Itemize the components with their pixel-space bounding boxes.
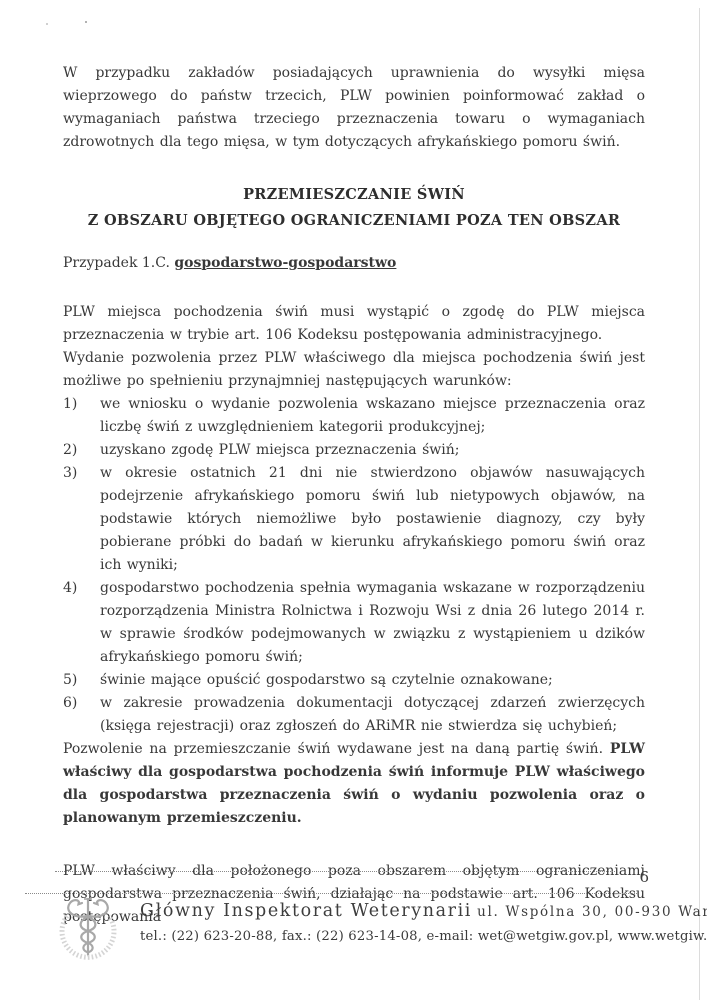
scan-speck [46, 23, 48, 25]
list-item-number: 6) [63, 692, 100, 738]
section-heading-line1: PRZEMIESZCZANIE ŚWIŃ [63, 182, 645, 208]
list-item-number: 4) [63, 577, 100, 669]
scan-page-edge-line [699, 8, 700, 1000]
paragraph-consent: PLW miejsca pochodzenia świń musi wystąp… [63, 301, 645, 347]
list-item-text: świnie mające opuścić gospodarstwo są cz… [100, 669, 645, 692]
list-item-text: we wniosku o wydanie pozwolenia wskazano… [100, 393, 645, 439]
footer-contact-line: tel.: (22) 623-20-88, fax.: (22) 623-14-… [140, 929, 707, 944]
list-item: 3) w okresie ostatnich 21 dni nie stwier… [63, 462, 645, 577]
list-item: 2) uzyskano zgodę PLW miejsca przeznacze… [63, 439, 645, 462]
list-item: 1) we wniosku o wydanie pozwolenia wskaz… [63, 393, 645, 439]
list-item-number: 1) [63, 393, 100, 439]
list-item: 6) w zakresie prowadzenia dokumentacji d… [63, 692, 645, 738]
case-label: Przypadek 1.C. [63, 255, 174, 271]
conditions-list: 1) we wniosku o wydanie pozwolenia wskaz… [63, 393, 645, 738]
list-item-number: 5) [63, 669, 100, 692]
paragraph-conditions-intro: Wydanie pozwolenia przez PLW właściwego … [63, 347, 645, 393]
case-title: Przypadek 1.C. gospodarstwo-gospodarstwo [63, 252, 645, 275]
list-item-number: 3) [63, 462, 100, 577]
list-item-number: 2) [63, 439, 100, 462]
list-item-text: gospodarstwo pochodzenia spełnia wymagan… [100, 577, 645, 669]
list-item: 5) świnie mające opuścić gospodarstwo są… [63, 669, 645, 692]
paragraph-permission: Pozwolenie na przemieszczanie świń wydaw… [63, 738, 645, 830]
document-body: W przypadku zakładów posiadających upraw… [63, 62, 645, 929]
list-item-text: uzyskano zgodę PLW miejsca przeznaczenia… [100, 439, 645, 462]
section-heading: PRZEMIESZCZANIE ŚWIŃ Z OBSZARU OBJĘTEGO … [63, 182, 645, 234]
list-item-text: w zakresie prowadzenia dokumentacji doty… [100, 692, 645, 738]
list-item-text: w okresie ostatnich 21 dni nie stwierdzo… [100, 462, 645, 577]
list-item: 4) gospodarstwo pochodzenia spełnia wyma… [63, 577, 645, 669]
paragraph-permission-normal: Pozwolenie na przemieszczanie świń wydaw… [63, 741, 610, 757]
scan-speck [85, 21, 87, 23]
section-heading-line2: Z OBSZARU OBJĘTEGO OGRANICZENIAMI POZA T… [63, 208, 645, 234]
paragraph-intro: W przypadku zakładów posiadających upraw… [63, 62, 645, 154]
paragraph-destination: PLW właściwy dla położonego poza obszare… [63, 860, 645, 929]
scanned-document-page: W przypadku zakładów posiadających upraw… [0, 0, 707, 1000]
case-value: gospodarstwo-gospodarstwo [174, 255, 396, 271]
